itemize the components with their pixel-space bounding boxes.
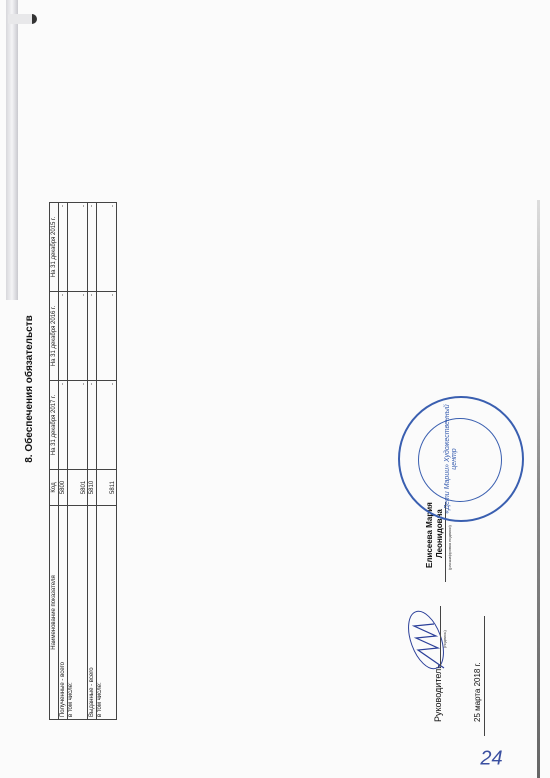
row-2015: -: [59, 203, 68, 292]
row-code: 5801: [68, 470, 88, 506]
table-row: в том числе: 5801 - - -: [68, 203, 88, 720]
row-2015: -: [88, 203, 97, 292]
row-2017: -: [88, 381, 97, 470]
row-name: в том числе:: [68, 506, 88, 720]
row-name: Выданные - всего: [88, 506, 97, 720]
obligations-table: Наименование показателя Код На 31 декабр…: [49, 202, 117, 720]
row-2016: -: [59, 292, 68, 381]
signature-caption: (подпись): [442, 630, 447, 648]
section-title: 8. Обеспечения обязательств: [24, 0, 35, 778]
row-2015: -: [97, 203, 117, 292]
row-code: 5811: [97, 470, 117, 506]
signature-line: [440, 606, 441, 666]
row-2016: -: [68, 292, 88, 381]
organization-stamp: «Дети Марии» Художественный центр: [398, 396, 524, 522]
row-2015: -: [68, 203, 88, 292]
row-2017: -: [59, 381, 68, 470]
row-2016: -: [88, 292, 97, 381]
table-row: Выданные - всего 5810 - - -: [88, 203, 97, 720]
rotated-page: 8. Обеспечения обязательств Наименование…: [0, 0, 550, 778]
row-name: в том числе:: [97, 506, 117, 720]
row-code: 5810: [88, 470, 97, 506]
row-2017: -: [68, 381, 88, 470]
header-name: Наименование показателя: [50, 506, 59, 720]
row-2017: -: [97, 381, 117, 470]
name-caption: (расшифровка подписи): [447, 525, 452, 570]
table-row: Полученные - всего 5800 - - -: [59, 203, 68, 720]
date-line: [484, 616, 485, 736]
row-code: 5800: [59, 470, 68, 506]
row-name: Полученные - всего: [59, 506, 68, 720]
header-2015: На 31 декабря 2015 г.: [50, 203, 59, 292]
stamp-inner-text: «Дети Марии» Художественный центр: [444, 398, 458, 520]
page-number: 24: [480, 747, 502, 770]
header-code: Код: [50, 470, 59, 506]
signature-date: 25 марта 2018 г.: [473, 662, 482, 722]
table-header-row: Наименование показателя Код На 31 декабр…: [50, 203, 59, 720]
row-2016: -: [97, 292, 117, 381]
stamp-inner-ring: [418, 418, 502, 502]
table-row: в том числе: 5811 - - -: [97, 203, 117, 720]
header-2017: На 31 декабря 2017 г.: [50, 381, 59, 470]
header-2016: На 31 декабря 2016 г.: [50, 292, 59, 381]
